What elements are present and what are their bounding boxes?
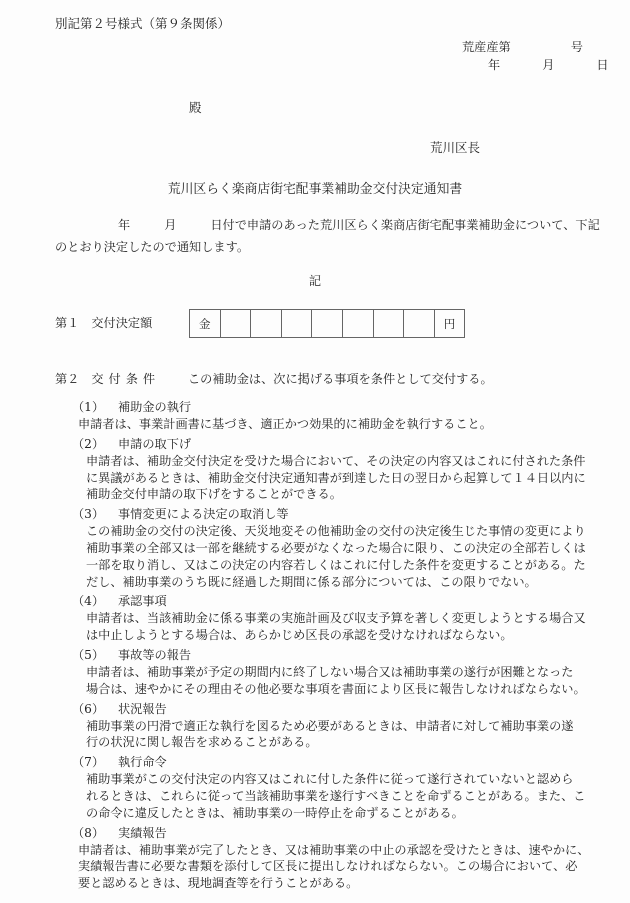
document-date: 年月日	[488, 56, 609, 73]
condition-title: 状況報告	[118, 702, 167, 716]
amount-digit-cell[interactable]	[374, 310, 405, 337]
condition-body: 申請者は、事業計画書に基づき、適正かつ効果的に補助金を執行すること。	[72, 416, 630, 433]
condition-number: （5）	[72, 646, 118, 664]
condition-line: 一部を取り消し、又はこの決定の内容若しくはこれに付した条件を変更することがある。…	[86, 557, 630, 574]
condition-line: 補助事業がこの交付決定の内容又はこれに付した条件に従って遂行されていないと認めら	[86, 771, 630, 788]
condition-line: この補助金の交付の決定後、天災地変その他補助金の交付の決定後生じた事情の変更によ…	[86, 523, 630, 540]
condition-body: 補助事業の円滑で適正な執行を図るため必要があるときは、申請者に対して補助事業の遂…	[72, 718, 630, 752]
form-label: 別記第２号様式（第９条関係）	[55, 14, 230, 32]
condition-line: に異議があるときは、補助金交付決定通知書が到達した日の翌日から起算して１４日以内…	[86, 470, 630, 487]
condition-body: この補助金の交付の決定後、天災地変その他補助金の交付の決定後生じた事情の変更によ…	[72, 523, 630, 590]
section-1-label: 第１交付決定額	[55, 314, 152, 331]
date-year: 年	[488, 58, 500, 72]
condition-line: 申請者は、当該補助金に係る事業の実施計画及び収支予算を著しく変更しようとする場合…	[86, 610, 630, 627]
ki-heading: 記	[0, 272, 630, 289]
amount-prefix-cell: 金	[190, 310, 221, 337]
section-2-number: 第２	[55, 372, 79, 386]
doc-number-suffix: 号	[571, 40, 583, 54]
intro-line-2: のとおり決定したので通知します。	[55, 238, 249, 255]
condition-line: の命令に違反したときは、補助事業の一時停止を命ずることがある。	[86, 805, 630, 822]
amount-box: 金 円	[189, 309, 465, 338]
date-day: 日	[596, 58, 608, 72]
addressee-honorific: 殿	[189, 98, 202, 116]
condition-title: 事情変更による決定の取消し等	[118, 507, 289, 521]
amount-digit-cell[interactable]	[404, 310, 435, 337]
condition-item: （8）実績報告 申請者は、補助事業が完了したとき、又は補助事業の中止の承認を受け…	[72, 824, 630, 892]
condition-item: （5）事故等の報告 申請者は、補助事業が予定の期間内に終了しない場合又は補助事業…	[72, 646, 630, 698]
condition-title: 補助金の執行	[118, 400, 191, 414]
condition-item: （1）補助金の執行 申請者は、事業計画書に基づき、適正かつ効果的に補助金を執行す…	[72, 398, 630, 433]
section-1-number: 第１	[55, 316, 79, 330]
amount-suffix-cell: 円	[435, 310, 465, 337]
intro-line-1: 年月日付で申請のあった荒川区らく楽商店街宅配事業補助金について、下記	[118, 216, 600, 233]
condition-line: 場合は、速やかにその理由その他必要な事項を書面により区長に報告しなければならない…	[86, 681, 630, 698]
date-month: 月	[542, 58, 554, 72]
condition-body: 申請者は、補助事業が完了したとき、又は補助事業の中止の承認を受けたときは、速やか…	[72, 842, 630, 892]
condition-body: 申請者は、当該補助金に係る事業の実施計画及び収支予算を著しく変更しようとする場合…	[72, 610, 630, 644]
condition-body: 申請者は、補助金交付決定を受けた場合において、その決定の内容又はこれに付された条…	[72, 453, 630, 503]
condition-line: 要と認めるときは、現地調査等を行うことがある。	[78, 875, 630, 892]
condition-item: （2）申請の取下げ 申請者は、補助金交付決定を受けた場合において、その決定の内容…	[72, 435, 630, 503]
condition-title: 申請の取下げ	[118, 437, 191, 451]
condition-item: （6）状況報告 補助事業の円滑で適正な執行を図るため必要があるときは、申請者に対…	[72, 700, 630, 752]
condition-line: 申請者は、補助事業が完了したとき、又は補助事業の中止の承認を受けたときは、速やか…	[78, 842, 630, 859]
condition-line: は中止しようとする場合は、あらかじめ区長の承認を受けなければならない。	[86, 627, 630, 644]
amount-digit-cell[interactable]	[221, 310, 252, 337]
condition-title: 実績報告	[118, 826, 167, 840]
amount-digit-cell[interactable]	[343, 310, 374, 337]
condition-line: 申請者は、補助金交付決定を受けた場合において、その決定の内容又はこれに付された条…	[86, 453, 630, 470]
intro-month: 月	[164, 218, 176, 232]
conditions-list: （1）補助金の執行 申請者は、事業計画書に基づき、適正かつ効果的に補助金を執行す…	[72, 398, 630, 894]
section-1-title: 交付決定額	[91, 316, 152, 330]
section-2-text: この補助金は、次に掲げる事項を条件として交付する。	[188, 370, 493, 387]
condition-number: （4）	[72, 592, 118, 610]
condition-line: 行の状況に関し報告を求めることがある。	[86, 734, 630, 751]
condition-body: 補助事業がこの交付決定の内容又はこれに付した条件に従って遂行されていないと認めら…	[72, 771, 630, 821]
condition-line: 申請者は、補助事業が予定の期間内に終了しない場合又は補助事業の遂行が困難となった	[86, 664, 630, 681]
amount-digit-cell[interactable]	[282, 310, 313, 337]
condition-line: 補助事業の円滑で適正な執行を図るため必要があるときは、申請者に対して補助事業の遂	[86, 718, 630, 735]
section-2-title: 交付条件	[91, 372, 160, 386]
issuer: 荒川区長	[430, 138, 480, 156]
condition-title: 執行命令	[118, 755, 167, 769]
condition-item: （3）事情変更による決定の取消し等 この補助金の交付の決定後、天災地変その他補助…	[72, 505, 630, 590]
doc-number-prefix: 荒産産第	[462, 40, 511, 54]
condition-title: 承認事項	[118, 594, 167, 608]
condition-item: （7）執行命令 補助事業がこの交付決定の内容又はこれに付した条件に従って遂行され…	[72, 753, 630, 821]
condition-title: 事故等の報告	[118, 648, 191, 662]
condition-number: （2）	[72, 435, 118, 453]
section-2-label: 第２交付条件	[55, 370, 160, 387]
amount-digit-cell[interactable]	[251, 310, 282, 337]
condition-body: 申請者は、補助事業が予定の期間内に終了しない場合又は補助事業の遂行が困難となった…	[72, 664, 630, 698]
condition-item: （4）承認事項 申請者は、当該補助金に係る事業の実施計画及び収支予算を著しく変更…	[72, 592, 630, 644]
condition-line: 補助事業の全部又は一部を継続する必要がなくなった場合に限り、この決定の全部若しく…	[86, 540, 630, 557]
condition-line: 実績報告書に必要な書類を添付して区長に提出しなければならない。この場合において、…	[78, 858, 630, 875]
condition-line: 申請者は、事業計画書に基づき、適正かつ効果的に補助金を執行すること。	[78, 416, 630, 433]
condition-line: 補助金交付申請の取下げをすることができる。	[86, 486, 630, 503]
document-number: 荒産産第号	[462, 38, 583, 55]
condition-line: だし、補助事業のうち既に経過した期間に係る部分については、この限りでない。	[86, 574, 630, 591]
condition-number: （3）	[72, 505, 118, 523]
document-title: 荒川区らく楽商店街宅配事業補助金交付決定通知書	[0, 178, 630, 197]
condition-number: （6）	[72, 700, 118, 718]
condition-number: （7）	[72, 753, 118, 771]
intro-text: 日付で申請のあった荒川区らく楽商店街宅配事業補助金について、下記	[210, 218, 599, 232]
condition-number: （1）	[72, 398, 118, 416]
condition-number: （8）	[72, 824, 118, 842]
condition-line: れるときは、これらに従って当該補助事業を遂行すべきことを命ずることがある。また、…	[86, 788, 630, 805]
amount-digit-cell[interactable]	[312, 310, 343, 337]
intro-year: 年	[118, 218, 130, 232]
